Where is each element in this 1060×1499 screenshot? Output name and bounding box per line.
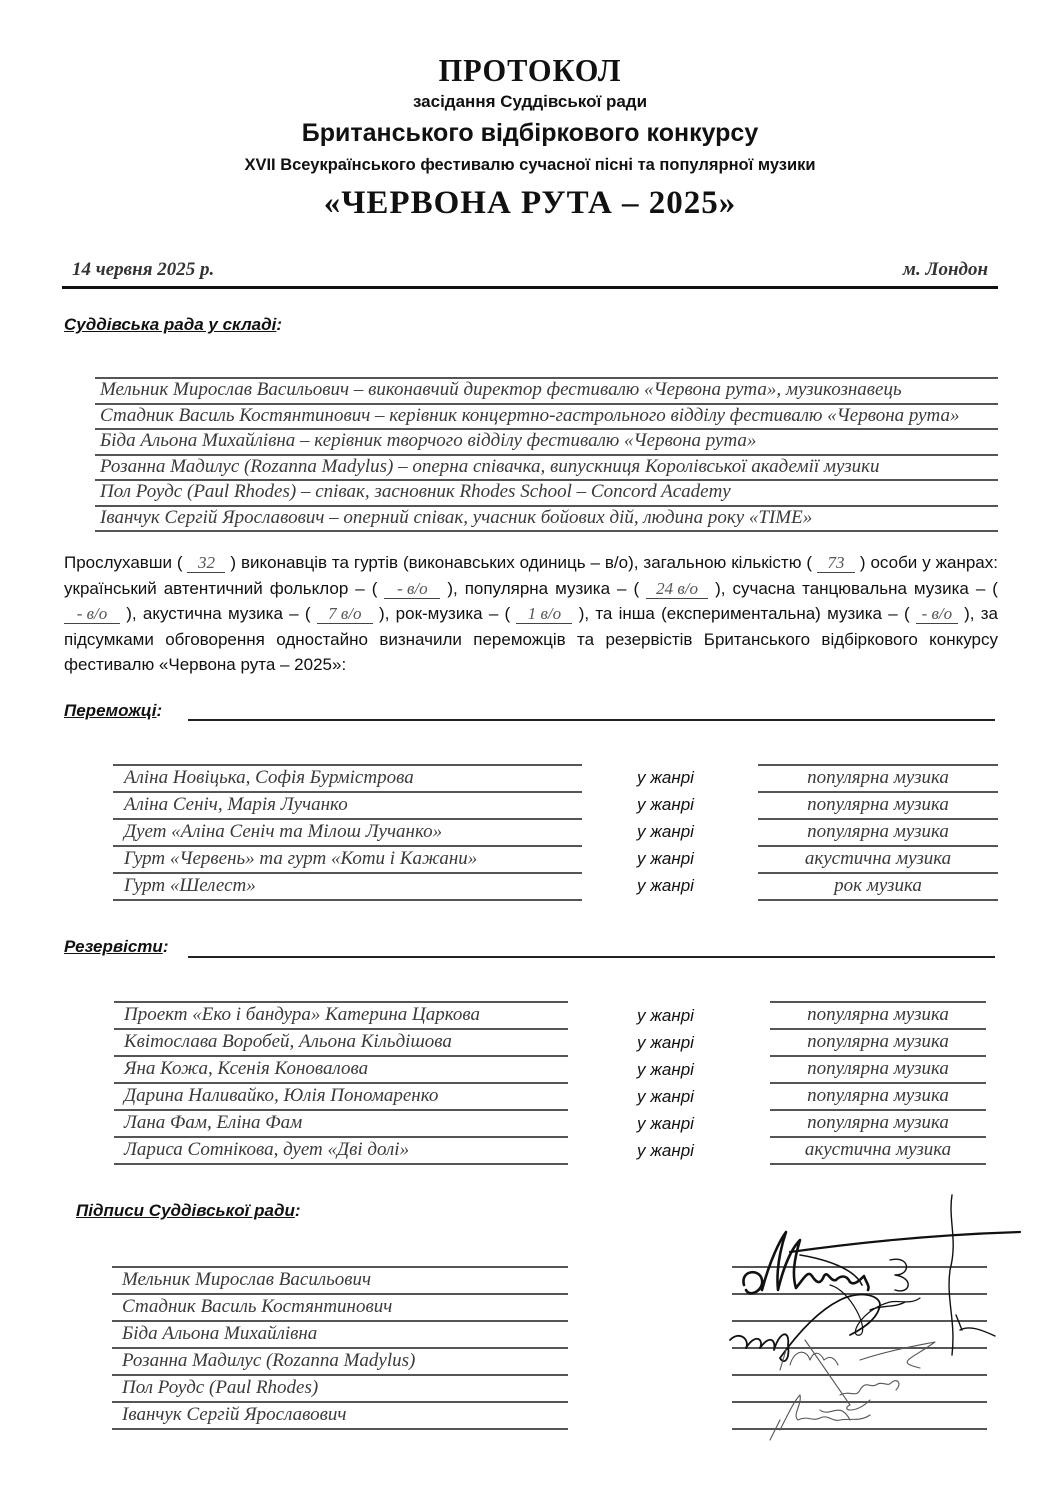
winner-line xyxy=(113,764,582,766)
winner-name: Аліна Новіцька, Софія Бурмістрова xyxy=(124,767,414,789)
winner-genre-line xyxy=(758,899,998,901)
signature-name-line xyxy=(112,1293,568,1295)
genre-label: у жанрі xyxy=(637,849,694,869)
reserve-line xyxy=(114,1001,568,1003)
reserve-genre-line xyxy=(770,1136,986,1138)
signatory-name: Стадник Василь Костянтинович xyxy=(122,1296,392,1318)
genre-label: у жанрі xyxy=(637,768,694,788)
genre-label: у жанрі xyxy=(637,1114,694,1134)
winners-heading-rule xyxy=(188,719,995,721)
genre-label: у жанрі xyxy=(637,1087,694,1107)
summary-text: Прослухавши ( xyxy=(64,553,183,572)
winner-genre-line xyxy=(758,764,998,766)
winner-genre-line xyxy=(758,818,998,820)
reserve-genre: популярна музика xyxy=(770,1031,986,1053)
pop-count: 24 в/о xyxy=(646,580,708,599)
council-heading-colon: : xyxy=(276,315,282,334)
acoustic-count: 7 в/о xyxy=(317,605,373,624)
reserve-line xyxy=(114,1109,568,1111)
folk-count: - в/о xyxy=(384,580,440,599)
winner-line xyxy=(113,791,582,793)
council-member: Іванчук Сергій Ярославович – оперний спі… xyxy=(100,507,812,529)
summary-text: ), акустична музика – ( xyxy=(126,604,310,623)
reserve-name: Дарина Наливайко, Юлія Пономаренко xyxy=(124,1085,438,1107)
reserve-genre: популярна музика xyxy=(770,1058,986,1080)
summary-paragraph: Прослухавши ( 32 ) виконавців та гуртів … xyxy=(64,550,998,678)
summary-text: ), сучасна танцювальна музика – ( xyxy=(715,579,998,598)
other-count: - в/о xyxy=(916,605,958,624)
genre-label: у жанрі xyxy=(637,1006,694,1026)
rock-count: 1 в/о xyxy=(516,605,572,624)
council-heading-text: Суддівська рада у складі xyxy=(64,315,276,334)
council-heading: Суддівська рада у складі: xyxy=(64,315,282,335)
reserve-genre-line xyxy=(770,1109,986,1111)
genre-label: у жанрі xyxy=(637,876,694,896)
signature-name-line xyxy=(112,1347,568,1349)
signatory-name: Мельник Мирослав Васильович xyxy=(122,1269,371,1291)
genre-label: у жанрі xyxy=(637,1060,694,1080)
winner-line xyxy=(113,899,582,901)
reserve-genre-line xyxy=(770,1001,986,1003)
genre-label: у жанрі xyxy=(637,1033,694,1053)
genre-label: у жанрі xyxy=(637,1141,694,1161)
reserve-name: Квітослава Воробей, Альона Кільдішова xyxy=(124,1031,452,1053)
signature-name-line xyxy=(112,1428,568,1430)
persons-count: 73 xyxy=(817,554,855,573)
winner-genre: рок музика xyxy=(758,875,998,897)
reserve-name: Яна Кожа, Ксенія Коновалова xyxy=(124,1058,368,1080)
summary-text: ), та інша (експериментальна) музика – ( xyxy=(579,604,910,623)
winners-heading-text: Переможці xyxy=(64,701,156,720)
signatory-name: Біда Альона Михайлівна xyxy=(122,1323,317,1345)
winner-line xyxy=(113,872,582,874)
reserves-heading: Резервісти: xyxy=(64,937,168,957)
council-member: Пол Роудс (Paul Rhodes) – співак, заснов… xyxy=(100,481,731,503)
subtitle-meeting: засідання Суддівської ради xyxy=(0,92,1060,112)
signatures-heading: Підписи Суддівської ради: xyxy=(76,1201,301,1221)
header-divider xyxy=(62,286,998,289)
reserve-name: Лариса Сотнікова, дует «Дві долі» xyxy=(124,1139,409,1161)
winner-genre-line xyxy=(758,791,998,793)
genre-label: у жанрі xyxy=(637,822,694,842)
reserve-line xyxy=(114,1163,568,1165)
winner-genre: акустична музика xyxy=(758,848,998,870)
signatory-name: Пол Роудс (Paul Rhodes) xyxy=(122,1377,318,1399)
genre-label: у жанрі xyxy=(637,795,694,815)
winners-heading: Переможці: xyxy=(64,701,162,721)
festival-name: «ЧЕРВОНА РУТА – 2025» xyxy=(0,185,1060,222)
handwritten-signatures-icon xyxy=(720,1190,1040,1450)
reserve-genre: популярна музика xyxy=(770,1085,986,1107)
performers-count: 32 xyxy=(187,554,225,573)
summary-text: ), популярна музика – ( xyxy=(447,579,639,598)
winner-genre: популярна музика xyxy=(758,821,998,843)
subtitle-contest: Британського відбіркового конкурсу xyxy=(0,119,1060,148)
reserve-genre-line xyxy=(770,1028,986,1030)
subtitle-festival: XVII Всеукраїнського фестивалю сучасної … xyxy=(0,156,1060,175)
council-member: Розанна Мадилус (Rozanna Madylus) – опер… xyxy=(100,456,880,478)
reserve-genre: популярна музика xyxy=(770,1112,986,1134)
winner-line xyxy=(113,818,582,820)
meeting-date: 14 червня 2025 р. xyxy=(72,259,214,281)
reserves-heading-rule xyxy=(188,956,995,958)
winner-line xyxy=(113,845,582,847)
reserve-genre: акустична музика xyxy=(770,1139,986,1161)
winner-name: Аліна Сеніч, Марія Лучанко xyxy=(124,794,348,816)
winner-genre-line xyxy=(758,872,998,874)
reserve-line xyxy=(114,1055,568,1057)
winner-name: Дует «Аліна Сеніч та Мілош Лучанко» xyxy=(124,821,442,843)
winner-genre: популярна музика xyxy=(758,767,998,789)
reserve-line xyxy=(114,1028,568,1030)
reserve-genre-line xyxy=(770,1082,986,1084)
signatory-name: Іванчук Сергій Ярославович xyxy=(122,1404,346,1426)
winner-genre-line xyxy=(758,845,998,847)
council-member: Мельник Мирослав Васильович – виконавчий… xyxy=(100,379,902,401)
signature-name-line xyxy=(112,1320,568,1322)
summary-text: ) виконавців та гуртів (виконавських оди… xyxy=(230,553,812,572)
signature-name-line xyxy=(112,1374,568,1376)
winner-name: Гурт «Червень» та гурт «Коти і Кажани» xyxy=(124,848,477,870)
reserve-line xyxy=(114,1082,568,1084)
signature-name-line xyxy=(112,1266,568,1268)
winner-genre: популярна музика xyxy=(758,794,998,816)
reserve-genre-line xyxy=(770,1163,986,1165)
reserve-genre-line xyxy=(770,1055,986,1057)
signatures-heading-colon: : xyxy=(295,1201,301,1220)
reserves-heading-text: Резервісти xyxy=(64,937,163,956)
dance-count: - в/о xyxy=(64,605,120,624)
reserve-line xyxy=(114,1136,568,1138)
signature-name-line xyxy=(112,1401,568,1403)
document-title: ПРОТОКОЛ xyxy=(27,52,1034,89)
reserve-genre: популярна музика xyxy=(770,1004,986,1026)
winners-heading-colon: : xyxy=(156,701,162,720)
winner-name: Гурт «Шелест» xyxy=(124,875,256,897)
signatures-heading-text: Підписи Суддівської ради xyxy=(76,1201,295,1220)
council-line xyxy=(95,530,998,532)
reserve-name: Лана Фам, Еліна Фам xyxy=(124,1112,302,1134)
council-member: Стадник Василь Костянтинович – керівник … xyxy=(100,405,960,427)
signatory-name: Розанна Мадилус (Rozanna Madylus) xyxy=(122,1350,415,1372)
reserves-heading-colon: : xyxy=(163,937,169,956)
reserve-name: Проект «Еко і бандура» Катерина Царкова xyxy=(124,1004,480,1026)
summary-text: ), рок-музика – ( xyxy=(379,604,510,623)
council-member: Біда Альона Михайлівна – керівник творчо… xyxy=(100,430,756,452)
meeting-city: м. Лондон xyxy=(903,259,988,281)
